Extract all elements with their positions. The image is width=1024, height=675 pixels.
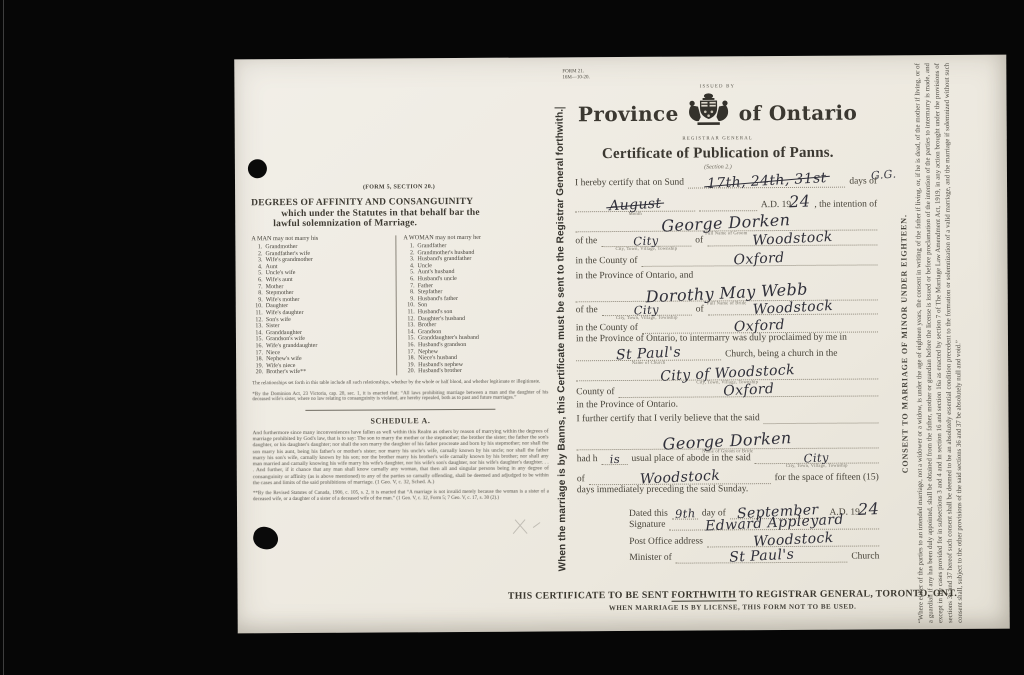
footer-line1-post: TO REGISTRAR GENERAL, TORONTO, ONT. bbox=[736, 588, 957, 600]
field-sundays: 17th, 24th, 31st bbox=[688, 174, 845, 189]
printed-text: of bbox=[696, 304, 704, 316]
form-line-abode-name: George Dorken Name of Groom or Bride bbox=[577, 432, 879, 450]
field-post-office: Woodstock bbox=[707, 532, 879, 547]
printed-text: Signature bbox=[629, 519, 665, 531]
man-column: A MAN may not marry his 1.Grandmother2.G… bbox=[251, 235, 396, 376]
form-line-groom-place: of the City City, Town, Village, Townshi… bbox=[575, 231, 877, 247]
form-line-minister: Minister of St Paul's Church bbox=[629, 548, 879, 564]
divider-rule bbox=[305, 409, 495, 411]
printed-text: usual place of abode in the said bbox=[632, 452, 751, 465]
handwritten-county: Oxford bbox=[723, 382, 775, 399]
province-word: Province bbox=[578, 101, 679, 126]
field-church-place: City of Woodstock City, Town, Village, T… bbox=[576, 365, 878, 381]
consent-block: CONSENT TO MARRIAGE OF MINOR UNDER EIGHT… bbox=[898, 63, 1003, 624]
field-groom-place: Woodstock bbox=[707, 231, 877, 246]
revised-statutes-note: **By the Revised Statutes of Canada, 190… bbox=[253, 489, 549, 502]
printed-text: , the intention of bbox=[814, 198, 877, 210]
form-line-further: I further certify that I verily believe … bbox=[576, 410, 878, 425]
printed-text: in the County of bbox=[575, 255, 637, 267]
hole-punch bbox=[248, 159, 267, 178]
form-line-preceding: days immediately preceding the said Sund… bbox=[577, 482, 879, 496]
handwritten-place: Woodstock bbox=[752, 230, 833, 248]
banns-margin-note-text: When the marriage is by Banns, this Cert… bbox=[555, 155, 569, 572]
printed-text: in the Province of Ontario, to intermarr… bbox=[576, 332, 847, 346]
schedule-title: SCHEDULE A. bbox=[252, 416, 548, 427]
form-line-abode: had h is usual place of abode in the sai… bbox=[577, 450, 879, 465]
banns-margin-note-underlined: forthwith. bbox=[555, 107, 566, 155]
printed-text: County of bbox=[576, 386, 614, 398]
dominion-act-note: *By the Dominion Act, 23 Victoria, cap. … bbox=[252, 390, 548, 403]
field-month: August Month bbox=[575, 198, 695, 213]
form-number-line2: 16M—10-20. bbox=[562, 75, 589, 81]
form-line-signature: Signature Edward Appleyard bbox=[629, 515, 879, 531]
field-groom-place-type: City City, Town, Village, Township bbox=[601, 234, 691, 248]
province-row: Province bbox=[564, 89, 870, 136]
woman-column-header: A WOMAN may not marry her bbox=[403, 234, 547, 241]
printed-text: in the Province of Ontario, and bbox=[576, 270, 694, 283]
form-line-sundays: I hereby certify that on Sund 17th, 24th… bbox=[575, 173, 877, 189]
man-list: 1.Grandmother2.Grandfather's wife3.Wife'… bbox=[251, 243, 396, 376]
degrees-heading-line3: lawful solemnization of Marriage. bbox=[251, 217, 547, 229]
form-line-church-county: County of Oxford bbox=[576, 382, 878, 398]
ontario-word: of Ontario bbox=[739, 100, 858, 125]
blood-note: The relationships set forth in this tabl… bbox=[252, 379, 548, 387]
printed-text: of the bbox=[576, 304, 598, 316]
field-label-place: City, Town, Village, Township bbox=[601, 246, 691, 252]
consent-heading: CONSENT TO MARRIAGE OF MINOR UNDER EIGHT… bbox=[898, 63, 910, 623]
form-line-groom-county: in the County of Oxford bbox=[575, 251, 877, 267]
registrar-general-label: REGISTRAR GENERAL bbox=[565, 135, 871, 142]
woman-column: A WOMAN may not marry her 1.Grandfather2… bbox=[395, 234, 548, 375]
printed-text: in the Province of Ontario. bbox=[576, 399, 678, 412]
printed-text: I further certify that I verily believe … bbox=[576, 412, 759, 425]
form-line-bride-place: of the City City, Town, Village, Townshi… bbox=[576, 300, 878, 316]
field-church-county: Oxford bbox=[619, 382, 879, 398]
field-blank bbox=[699, 198, 757, 211]
hole-punch bbox=[251, 525, 280, 552]
pencil-marks bbox=[509, 513, 543, 539]
field-bride-place: Woodstock bbox=[708, 300, 878, 315]
handwritten-place: Woodstock bbox=[752, 299, 833, 317]
field-blank bbox=[764, 410, 879, 424]
printed-text: I hereby certify that on Sund bbox=[575, 177, 684, 190]
form-line-post-office: Post Office address Woodstock bbox=[629, 532, 879, 548]
printed-text: Minister of bbox=[629, 552, 672, 564]
field-label-place: City, Town, Village, Township bbox=[755, 462, 879, 468]
footer-line1-pre: THIS CERTIFICATE TO BE SENT bbox=[508, 590, 671, 602]
field-abode-type: City City, Town, Village, Township bbox=[755, 450, 879, 464]
printed-text: Church bbox=[851, 550, 879, 562]
printed-text: of bbox=[695, 235, 703, 247]
schedule-text: And furthermore since many inconvenience… bbox=[253, 429, 549, 487]
scanned-document-background: (FORM 5, SECTION 20.) DEGREES OF AFFINIT… bbox=[0, 0, 1024, 675]
man-column-header: A MAN may not marry his bbox=[251, 235, 395, 242]
kinship-item: 20.Husband's brother bbox=[404, 368, 548, 375]
ontario-coat-of-arms-icon bbox=[686, 90, 732, 135]
handwritten-his: is bbox=[609, 453, 620, 465]
form-line-province-and: in the Province of Ontario, and bbox=[576, 268, 878, 282]
form-line-church-place: City of Woodstock City, Town, Village, T… bbox=[576, 365, 878, 381]
printed-text: days immediately preceding the said Sund… bbox=[577, 483, 748, 496]
printed-text: of the bbox=[575, 235, 597, 247]
handwritten-sundays: 17th, 24th, 31st bbox=[706, 171, 826, 191]
handwritten-minister-church: St Paul's bbox=[729, 548, 795, 565]
field-church: St Paul's Name of Church bbox=[576, 346, 721, 361]
printed-text: Post Office address bbox=[629, 536, 703, 548]
scanner-edge-line bbox=[3, 0, 4, 675]
form-section-label: (FORM 5, SECTION 20.) bbox=[251, 183, 547, 191]
handwritten-county: Oxford bbox=[734, 251, 786, 268]
degrees-heading-line1: DEGREES OF AFFINITY AND CONSANGUINITY bbox=[251, 197, 473, 208]
printed-text: had h bbox=[577, 453, 598, 465]
kindred-table: A MAN may not marry his 1.Grandmother2.G… bbox=[251, 234, 548, 376]
form-line-church: St Paul's Name of Church Church, being a… bbox=[576, 345, 878, 361]
footer-forthwith: FORTHWITH bbox=[671, 589, 736, 601]
field-groom-county: Oxford bbox=[641, 251, 877, 266]
certificate-page: (FORM 5, SECTION 20.) DEGREES OF AFFINIT… bbox=[234, 55, 1009, 634]
field-his: is bbox=[602, 452, 628, 465]
degrees-heading: DEGREES OF AFFINITY AND CONSANGUINITY wh… bbox=[251, 196, 547, 229]
printed-text: Church, being a church in the bbox=[725, 348, 837, 361]
form-number: FORM 21. 16M—10-20. bbox=[562, 69, 589, 80]
consent-body: “Where either of the parties to an inten… bbox=[913, 63, 965, 623]
form-line-province-only: in the Province of Ontario. bbox=[576, 397, 878, 411]
form-line-proclaimed: in the Province of Ontario, to intermarr… bbox=[576, 331, 878, 345]
handwritten-year: 24 bbox=[789, 193, 811, 210]
masthead: ISSUED BY Province bbox=[564, 83, 871, 171]
field-label-church: Name of Church bbox=[576, 359, 721, 365]
kinship-item: 20.Brother's wife** bbox=[252, 369, 396, 376]
banns-margin-note: When the marriage is by Banns, this Cert… bbox=[555, 119, 569, 571]
field-minister-church: St Paul's bbox=[676, 549, 848, 564]
woman-list: 1.Grandfather2.Grandmother's husband3.Hu… bbox=[403, 243, 548, 376]
printed-text: days of bbox=[849, 175, 877, 187]
form-line-month-year: August Month A.D. 19 24 , the intention … bbox=[575, 193, 877, 212]
field-abode-name: George Dorken Name of Groom or Bride bbox=[577, 432, 879, 450]
field-signature: Edward Appleyard bbox=[669, 515, 879, 530]
degrees-panel: (FORM 5, SECTION 20.) DEGREES OF AFFINIT… bbox=[251, 183, 549, 502]
field-bride-place-type: City City, Town, Village, Township bbox=[602, 303, 692, 317]
certificate-title: Certificate of Publication of Panns. bbox=[565, 144, 871, 163]
